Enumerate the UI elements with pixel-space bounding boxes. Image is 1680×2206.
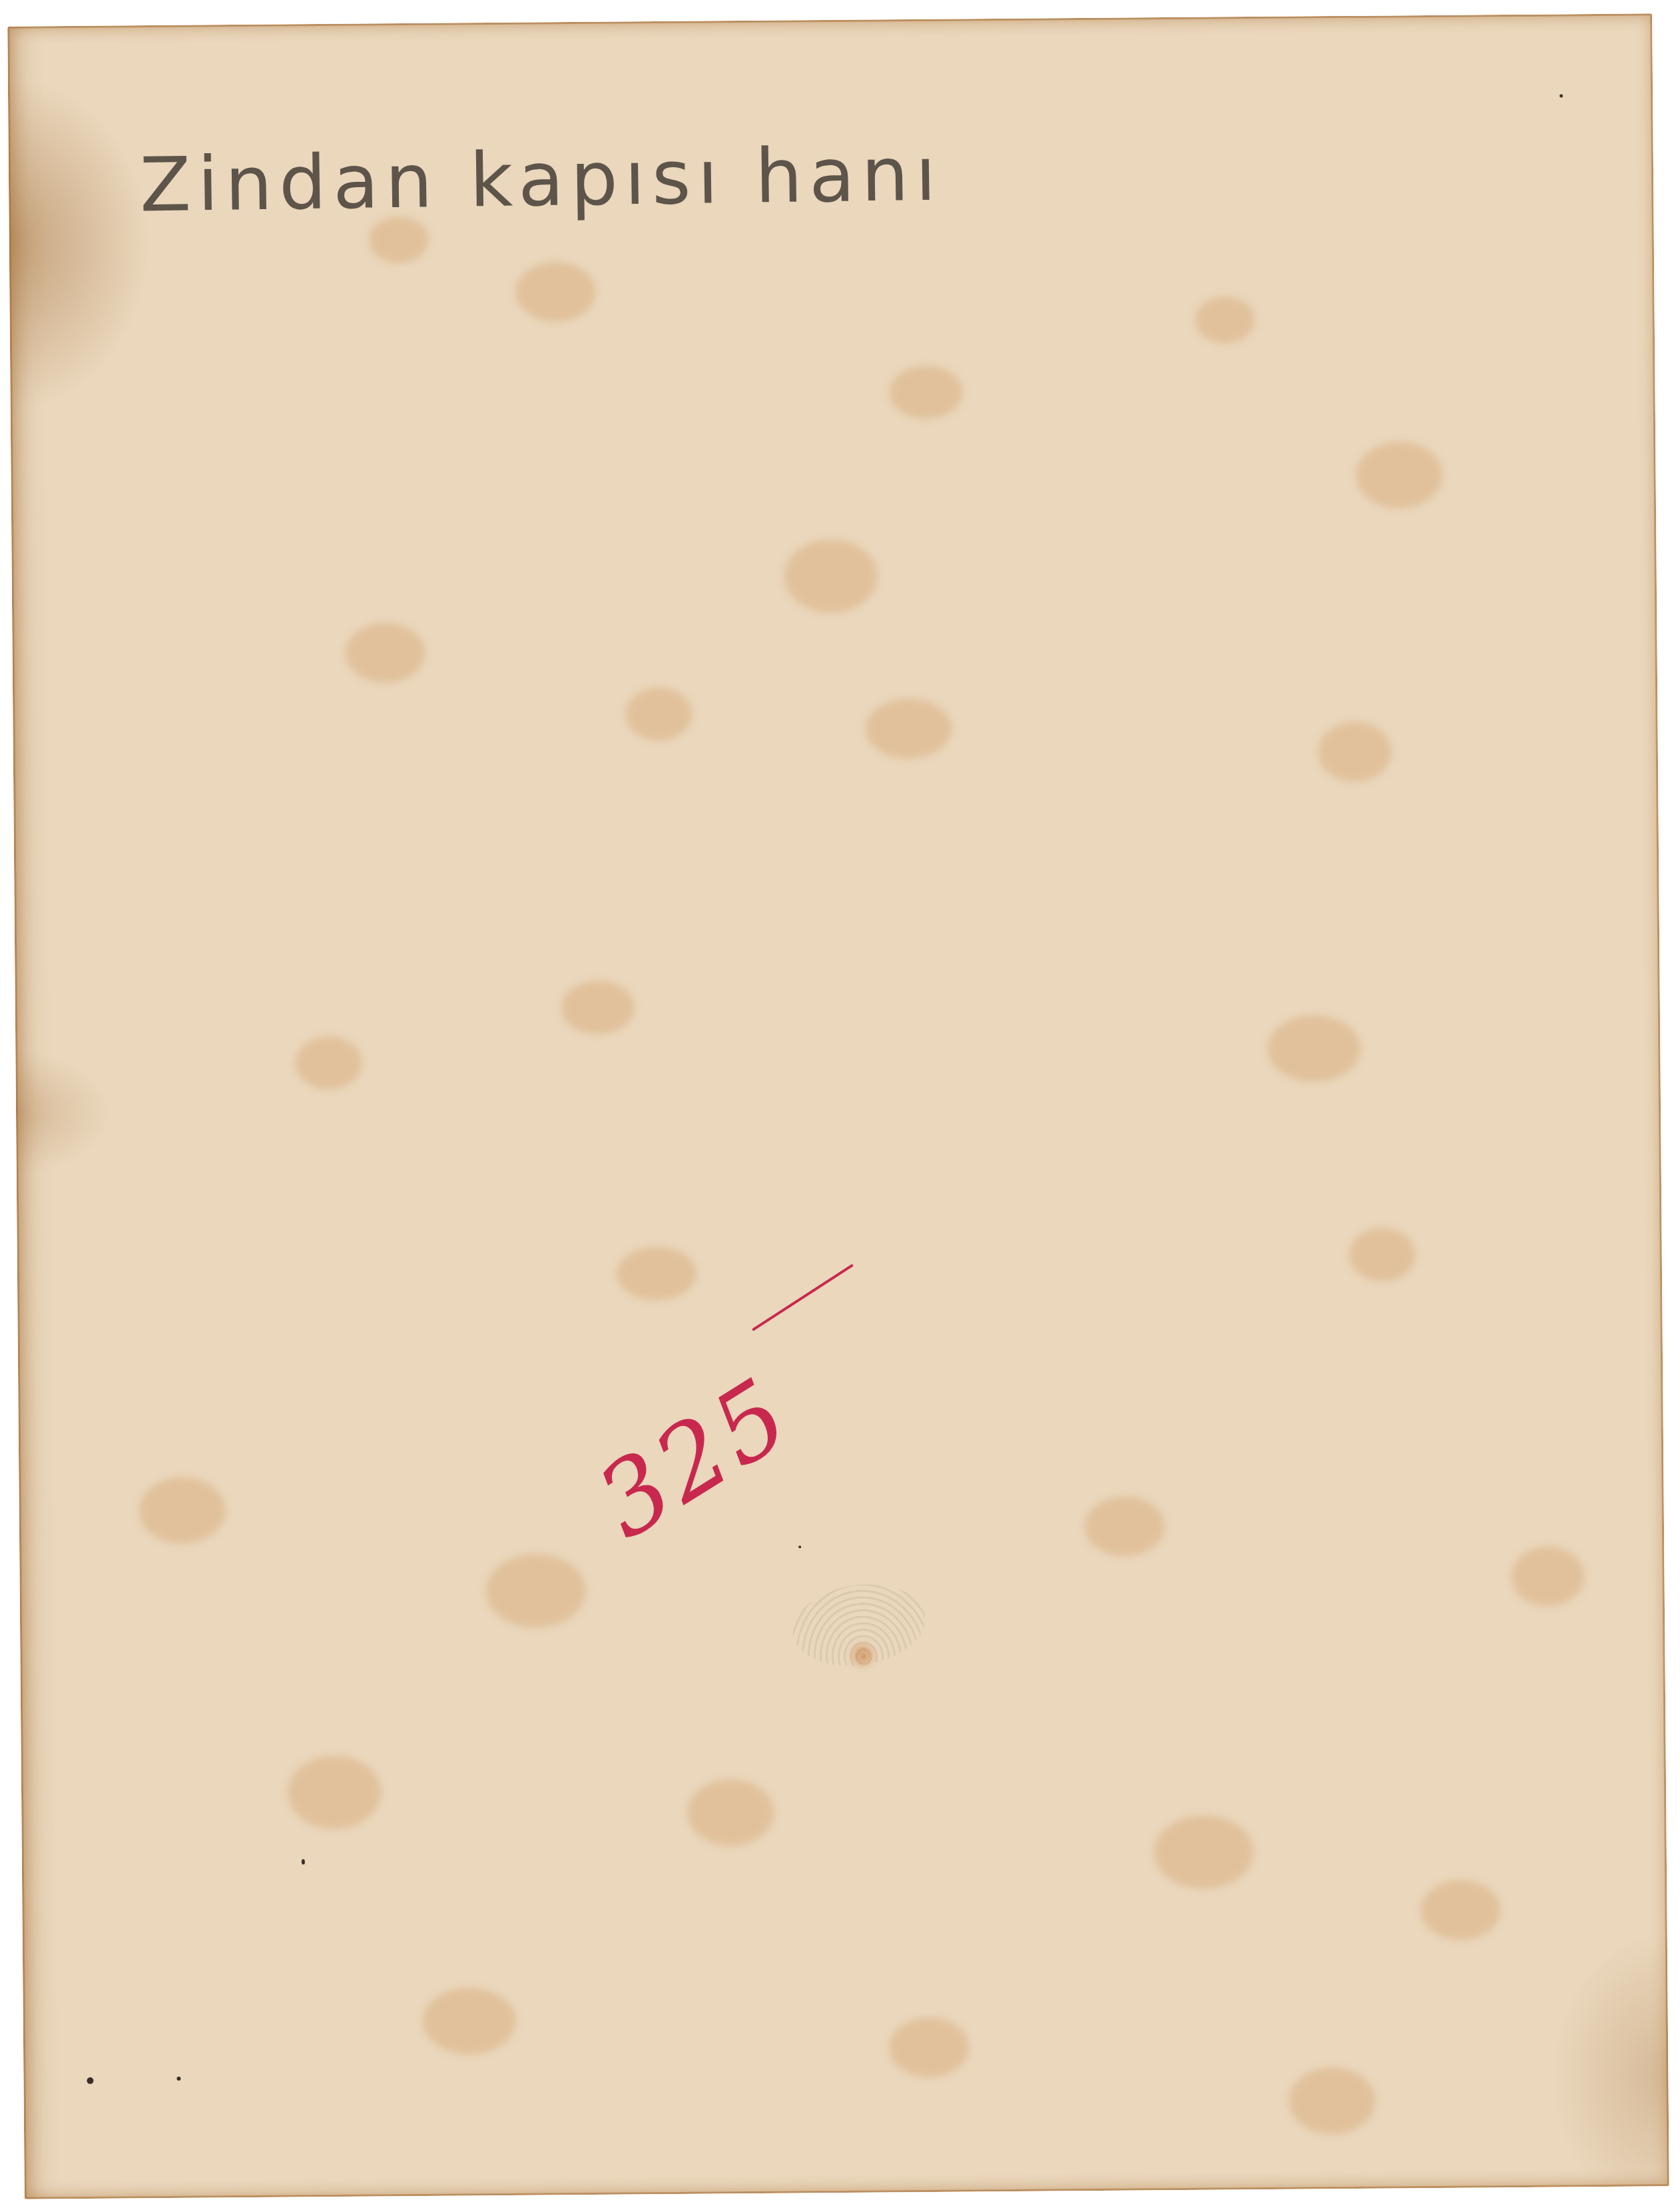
- ink-speck: [176, 2077, 180, 2081]
- handwritten-title: Zindan kapısı hanı: [139, 131, 943, 229]
- paper-sheet: [7, 13, 1669, 2199]
- ink-speck: [1559, 94, 1563, 97]
- ink-speck: [798, 1545, 801, 1548]
- ink-speck: [87, 2077, 93, 2084]
- ink-speck: [302, 1859, 305, 1864]
- fingerprint-smudge: [787, 1576, 930, 1674]
- foxing-stains: [7, 13, 1669, 2199]
